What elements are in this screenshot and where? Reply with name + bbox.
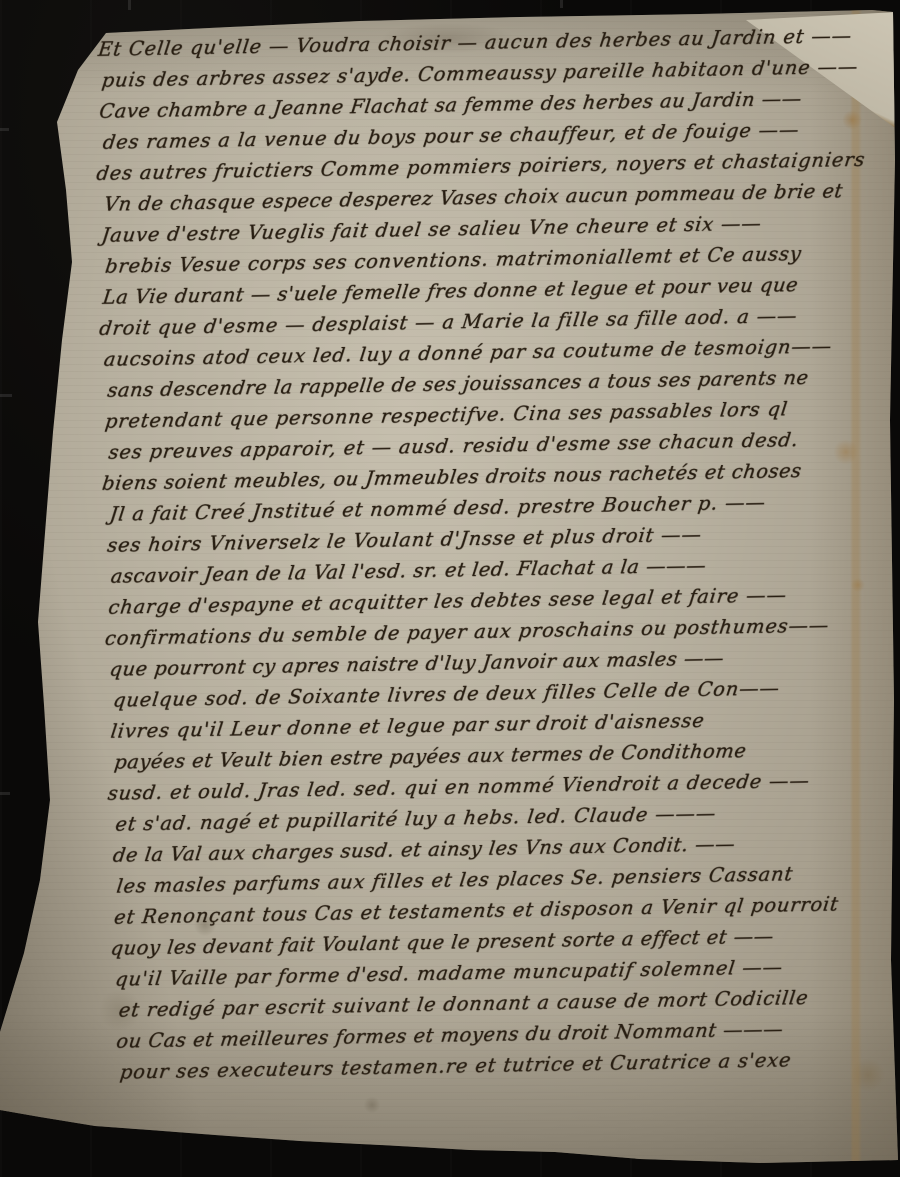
manuscript-text-block: Et Celle qu'elle — Voudra choisir — aucu… — [98, 20, 893, 1088]
background-seam — [0, 394, 12, 397]
photo-of-manuscript: Et Celle qu'elle — Voudra choisir — aucu… — [0, 0, 900, 1177]
background-seam — [0, 792, 10, 795]
background-seam — [128, 0, 131, 10]
background-seam — [0, 128, 9, 131]
background-seam — [560, 0, 563, 8]
manuscript-page: Et Celle qu'elle — Voudra choisir — aucu… — [0, 0, 900, 1177]
